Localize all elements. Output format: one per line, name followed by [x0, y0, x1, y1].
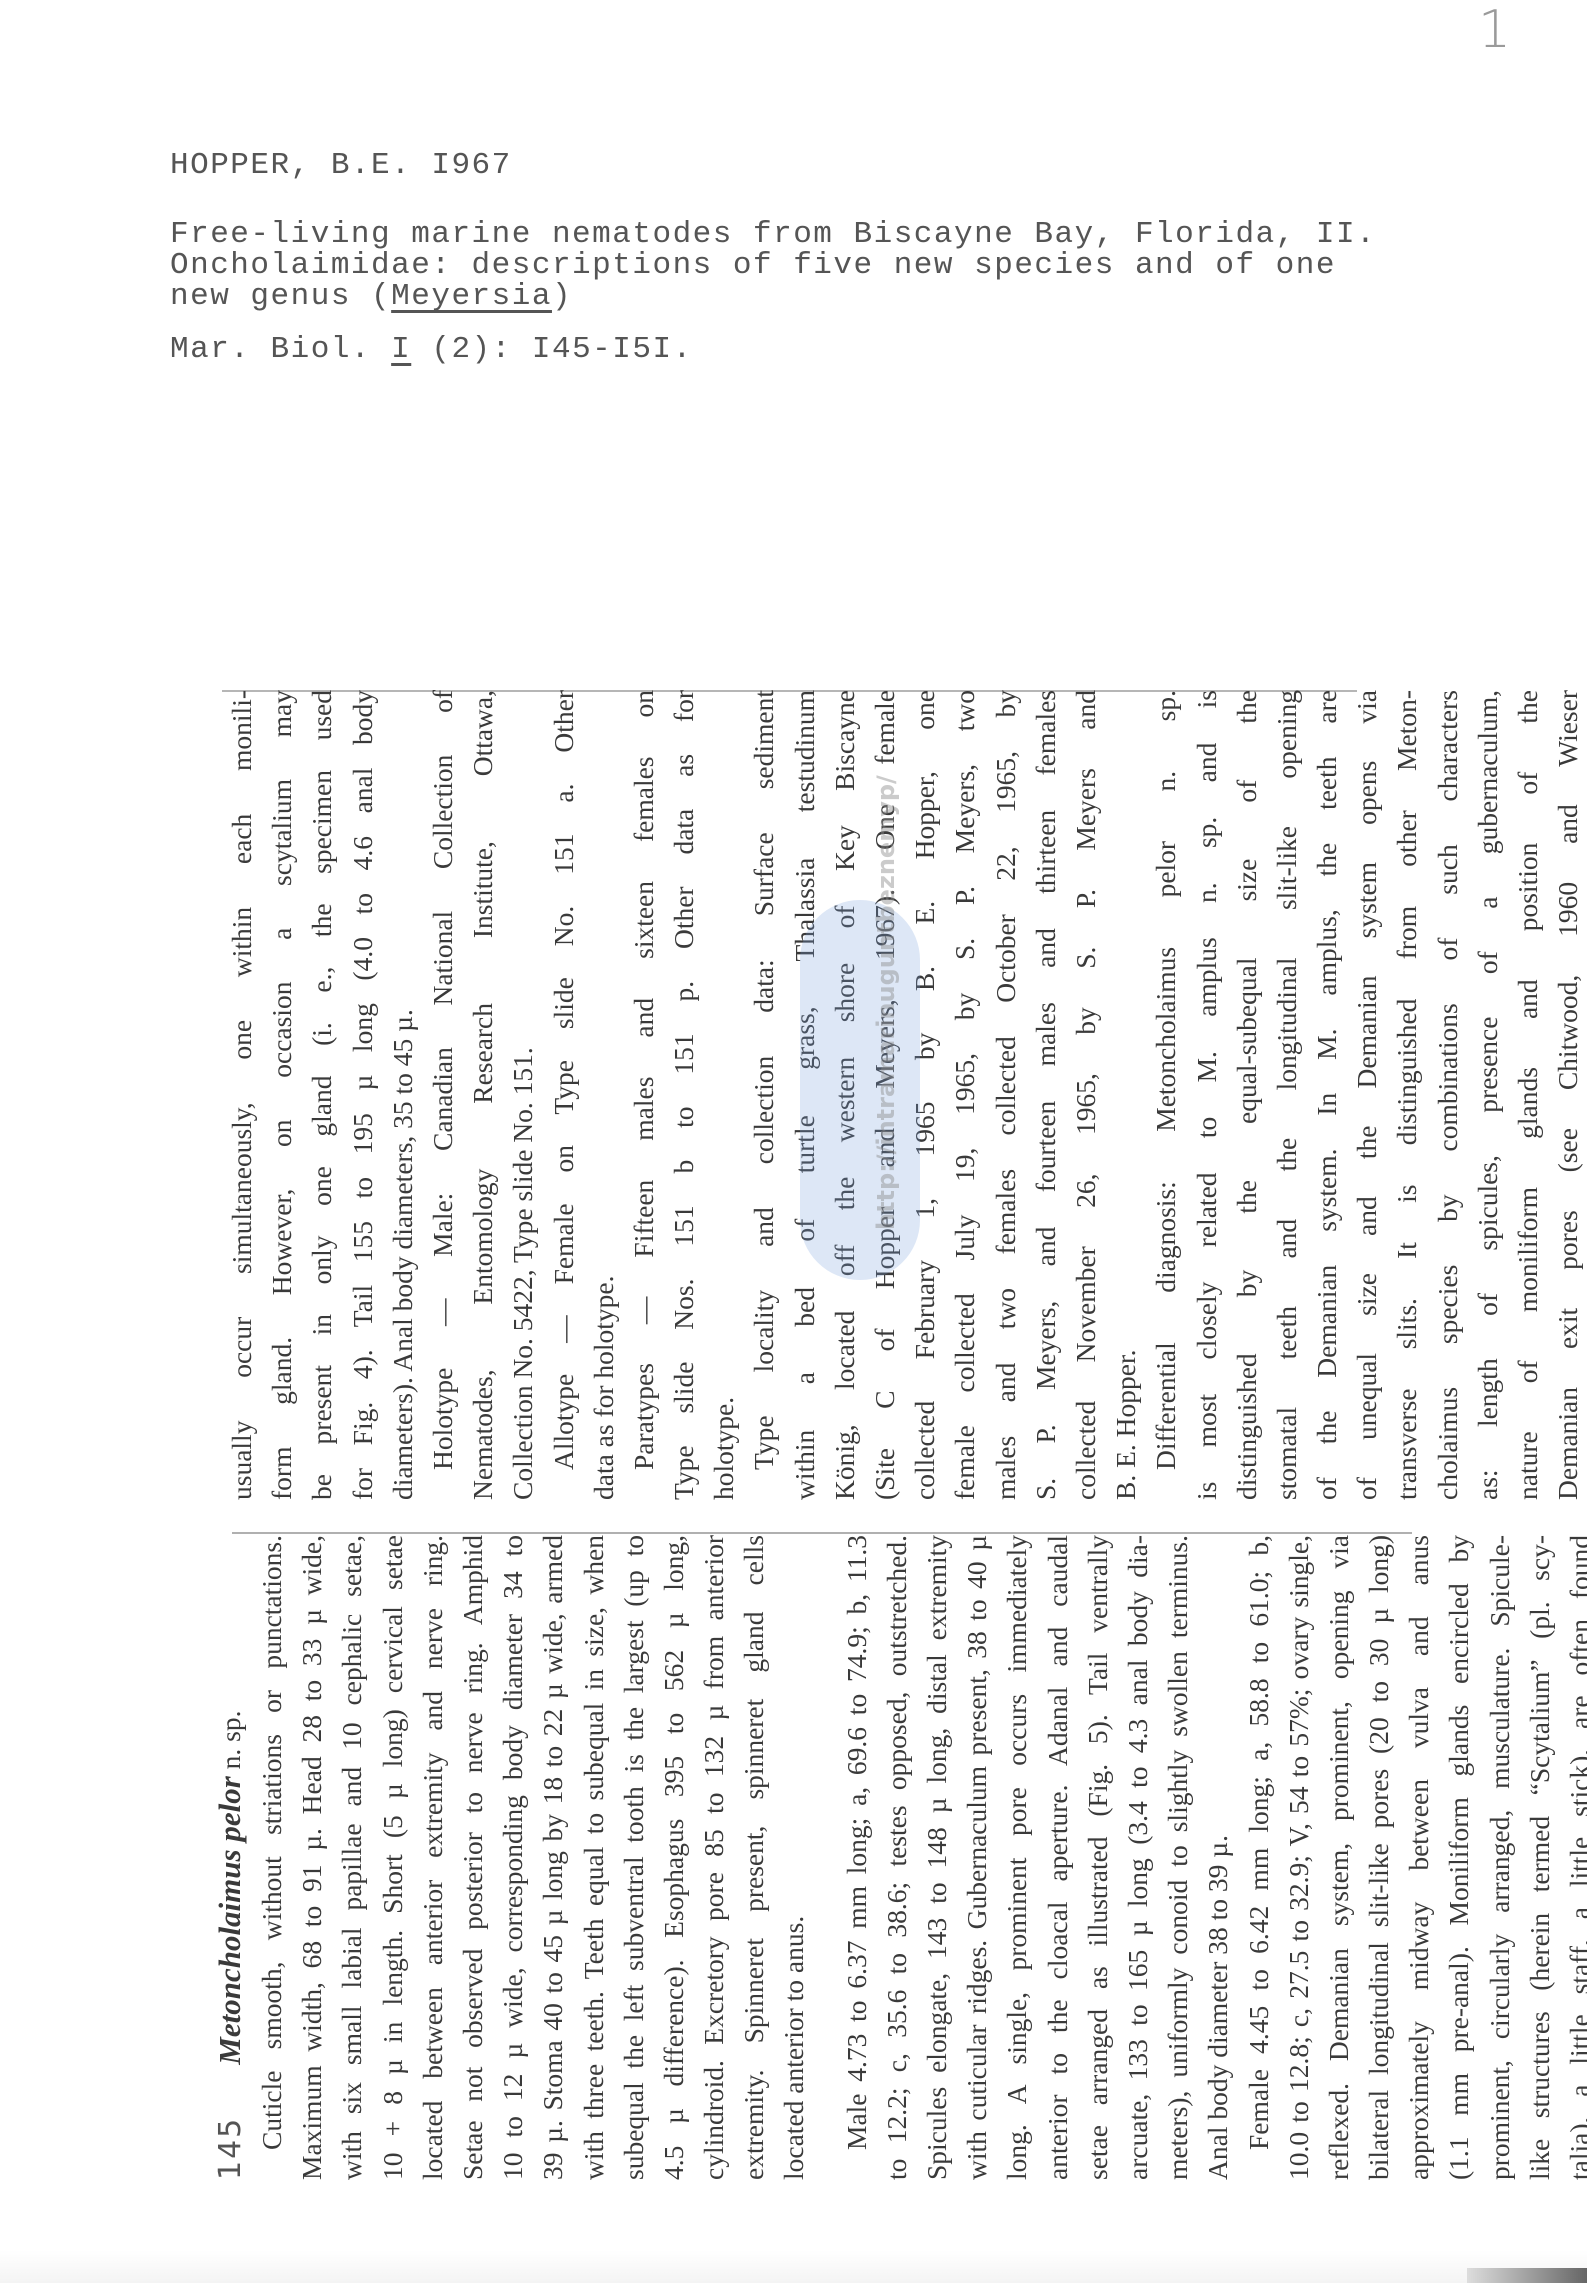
- text-line: approximately midway between vulva and a…: [1399, 1535, 1439, 2180]
- reference-title-line-2: Oncholaimidae: descriptions of five new …: [170, 250, 1376, 281]
- text-line: 4.5 µ difference). Esophagus 395 to 562 …: [654, 1535, 694, 2180]
- reference-title-text: new genus (: [170, 279, 391, 314]
- text-line: Maximum width, 68 to 91 µ. Head 28 to 33…: [292, 1535, 332, 2180]
- text-line: bilateral longitudinal slit-like pores (…: [1359, 1535, 1399, 2180]
- text-line: subequal the left subventral tooth is th…: [614, 1535, 654, 2180]
- text-line: Anal body diameter 38 to 39 µ.: [1198, 1535, 1238, 2180]
- text-line: 10 to 12 µ wide, corresponding body diam…: [493, 1535, 533, 2180]
- paratypes-line: Paratypes — Fifteen males and sixteen fe…: [624, 690, 664, 1500]
- species-suffix: n. sp.: [215, 1711, 246, 1777]
- text-line: located between anterior extremity and n…: [413, 1535, 453, 2180]
- journal-page-number: 145: [213, 2117, 248, 2180]
- text-line: anterior to the cloacal aperture. Adanal…: [1038, 1535, 1078, 2180]
- reference-source: Mar. Biol. I (2): I45-I5I.: [170, 334, 1376, 365]
- text-line: S. P. Meyers, and fourteen males and thi…: [1026, 690, 1066, 1500]
- text-line: Type slide Nos. 151 b to 151 p. Other da…: [664, 690, 704, 1500]
- text-line: extremity. Spinneret present, spinneret …: [734, 1535, 774, 2180]
- text-line: located anterior to anus.: [774, 1535, 814, 2180]
- text-line: stomatal teeth and the longitudinal slit…: [1267, 690, 1307, 1500]
- text-line: 10.0 to 12.8; c, 27.5 to 32.9; V, 54 to …: [1279, 1535, 1319, 2180]
- species-heading: 145Metoncholaimus pelor n. sp.: [208, 1535, 252, 2180]
- reference-title-close: ): [552, 279, 572, 314]
- text-line: setae arranged as illustrated (Fig. 5). …: [1078, 1535, 1118, 2180]
- handwritten-page-number: 1: [1478, 4, 1511, 56]
- differential-diagnosis-line: Differential diagnosis: Metoncholaimus p…: [1146, 690, 1186, 1500]
- text-line: like structures (herein termed “Scytaliu…: [1520, 1535, 1560, 2180]
- scan-edge-shadow: [0, 2250, 1587, 2283]
- text-line: males and two females collected October …: [986, 690, 1026, 1500]
- journal-name: Mar. Biol.: [170, 332, 391, 367]
- text-line: prominent, circularly arranged, musculat…: [1480, 1535, 1520, 2180]
- journal-issue-pages: (2): I45-I5I.: [411, 332, 692, 367]
- article-column-right: usually occur simultaneously, one within…: [222, 690, 1587, 1500]
- column-rule-left: [232, 1532, 1412, 1534]
- text-line: König, located off the western shore of …: [825, 690, 865, 1500]
- text-line: meters), uniformly conoid to slightly sw…: [1158, 1535, 1198, 2180]
- text-line: Cuticle smooth, without striations or pu…: [252, 1535, 292, 2180]
- text-line: B. E. Hopper.: [1106, 690, 1146, 1500]
- text-line: nature of moniliform glands and position…: [1508, 690, 1548, 1500]
- text-line: Nematodes, Entomology Research Institute…: [463, 690, 503, 1500]
- text-line: female collected July 19, 1965, by S. P.…: [945, 690, 985, 1500]
- text-line: with three teeth. Teeth equal to subequa…: [574, 1535, 614, 2180]
- text-line: Spicules elongate, 143 to 148 µ long, di…: [917, 1535, 957, 2180]
- text-line: to 12.2; c, 35.6 to 38.6; testes opposed…: [877, 1535, 917, 2180]
- scan-edge-dark: [1467, 2268, 1587, 2283]
- text-line: Collection No. 5422, Type slide No. 151.: [503, 690, 543, 1500]
- text-line: holotype.: [704, 690, 744, 1500]
- journal-volume: I: [391, 332, 411, 367]
- text-line: usually occur simultaneously, one within…: [222, 690, 262, 1500]
- text-line: of the Demanian system. In M. amplus, th…: [1307, 690, 1347, 1500]
- library-watermark-url: http://intramarinuguntbeznemyp/: [872, 775, 900, 1230]
- text-line: form gland. However, on occasion a scyta…: [262, 690, 302, 1500]
- text-line: be present in only one gland (i. e., the…: [302, 690, 342, 1500]
- holotype-line: Holotype — Male: Canadian National Colle…: [423, 690, 463, 1500]
- text-line: transverse slits. It is distinguished fr…: [1387, 690, 1427, 1500]
- text-line: Female 4.45 to 6.42 mm long; a, 58.8 to …: [1239, 1535, 1279, 2180]
- reference-genus-name: Meyersia: [391, 279, 552, 314]
- text-line: 10 + 8 µ in length. Short (5 µ long) cer…: [373, 1535, 413, 2180]
- text-line: data as for holotype.: [584, 690, 624, 1500]
- text-line: arcuate, 133 to 165 µ long (3.4 to 4.3 a…: [1118, 1535, 1158, 2180]
- text-line: reflexed. Demanian system, prominent, op…: [1319, 1535, 1359, 2180]
- text-line: Setae not observed posterior to nerve ri…: [453, 1535, 493, 2180]
- text-line: talia), a little staff, a little stick),…: [1560, 1535, 1587, 2180]
- text-line: distinguished by the equal-subequal size…: [1227, 690, 1267, 1500]
- text-line: cholaimus species by combinations of suc…: [1428, 690, 1468, 1500]
- text-line: with six small labial papillae and 10 ce…: [332, 1535, 372, 2180]
- text-line: 39 µ. Stoma 40 to 45 µ long by 18 to 22 …: [533, 1535, 573, 2180]
- text-line: cylindroid. Excretory pore 85 to 132 µ f…: [694, 1535, 734, 2180]
- article-column-left: 145Metoncholaimus pelor n. sp. Cuticle s…: [208, 1535, 1587, 2180]
- text-line: collected November 26, 1965, by S. P. Me…: [1066, 690, 1106, 1500]
- reference-author-year: HOPPER, B.E. I967: [170, 150, 1376, 181]
- text-line: (1.1 mm pre-anal). Moniliform glands enc…: [1439, 1535, 1479, 2180]
- text-line: diameters). Anal body diameters, 35 to 4…: [383, 690, 423, 1500]
- type-locality-line: Type locality and collection data: Surfa…: [744, 690, 784, 1500]
- text-line: long. A single, prominent pore occurs im…: [997, 1535, 1037, 2180]
- text-line: as: length of spicules, presence of a gu…: [1468, 690, 1508, 1500]
- species-name: Metoncholaimus pelor: [212, 1776, 247, 2065]
- text-line: is most closely related to M. amplus n. …: [1187, 690, 1227, 1500]
- text-line: collected February 1, 1965 by B. E. Hopp…: [905, 690, 945, 1500]
- text-line: Male 4.73 to 6.37 mm long; a, 69.6 to 74…: [837, 1535, 877, 2180]
- text-line: within a bed of turtle grass, Thalassia …: [785, 690, 825, 1500]
- reference-title-line-1: Free-living marine nematodes from Biscay…: [170, 219, 1376, 250]
- reference-title-line-3: new genus (Meyersia): [170, 281, 1376, 312]
- allotype-line: Allotype — Female on Type slide No. 151 …: [544, 690, 584, 1500]
- text-line: for Fig. 4). Tail 155 to 195 µ long (4.0…: [343, 690, 383, 1500]
- bibliographic-reference: HOPPER, B.E. I967 Free-living marine nem…: [170, 150, 1376, 365]
- text-line: of unequal size and the Demanian system …: [1347, 690, 1387, 1500]
- text-line: with cuticular ridges. Gubernaculum pres…: [957, 1535, 997, 2180]
- text-line: Demanian exit pores (see Chitwood, 1960 …: [1548, 690, 1587, 1500]
